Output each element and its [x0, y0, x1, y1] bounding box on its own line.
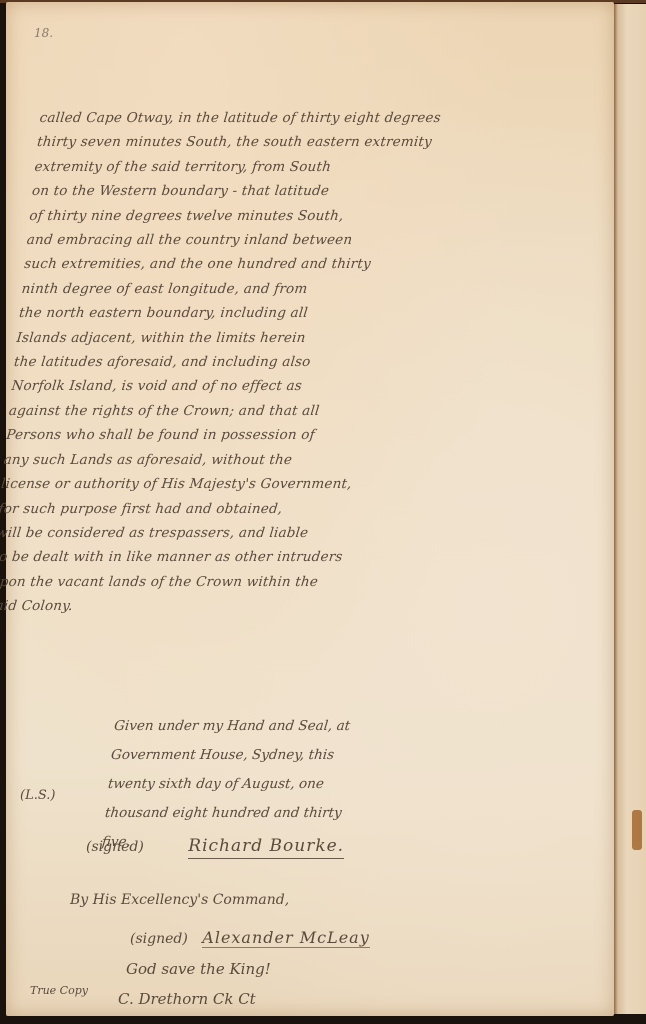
secretary-signature: Alexander McLeay — [202, 928, 369, 948]
text-line: any such Lands as aforesaid, without the — [2, 448, 475, 472]
page-number: 18. — [34, 26, 53, 40]
text-line: license or authority of His Majesty's Go… — [0, 472, 472, 496]
text-line: Islands adjacent, within the limits here… — [15, 326, 488, 350]
text-line: against the rights of the Crown; and tha… — [8, 399, 481, 423]
true-copy-note: True Copy — [30, 984, 88, 997]
governor-signature-row: (signed) Richard Bourke. — [86, 836, 344, 859]
countersign-label: (signed) — [130, 931, 188, 947]
text-line: on to the Western boundary - that latitu… — [31, 179, 504, 203]
text-line: extremity of the said territory, from So… — [33, 155, 506, 179]
god-save-the-king: God save the King! — [126, 960, 271, 978]
signed-label: (signed) — [86, 839, 144, 855]
text-line: of thirty nine degrees twelve minutes So… — [28, 204, 501, 228]
closing-line: twenty sixth day of August, one — [106, 770, 489, 799]
adjacent-page-edge — [614, 4, 646, 1014]
by-command-line: By His Excellency's Command, — [70, 892, 289, 908]
seal-mark: (L.S.) — [20, 788, 55, 803]
governor-signature: Richard Bourke. — [188, 836, 344, 859]
text-line: for such purpose first had and obtained, — [0, 497, 470, 521]
text-line: such extremities, and the one hundred an… — [23, 252, 496, 276]
closing-line: thousand eight hundred and thirty — [103, 799, 486, 828]
closing-line: Government House, Sydney, this — [110, 741, 493, 770]
text-line: ninth degree of east longitude, and from — [20, 277, 493, 301]
manuscript-body: called Cape Otway, in the latitude of th… — [0, 106, 511, 619]
text-line: thirty seven minutes South, the south ea… — [36, 130, 509, 154]
text-line: and embracing all the country inland bet… — [26, 228, 499, 252]
text-line: Persons who shall be found in possession… — [5, 423, 478, 447]
text-line: the north eastern boundary, including al… — [18, 301, 491, 325]
clerk-signature: C. Drethorn Ck Ct — [118, 990, 256, 1008]
text-line: said Colony. — [0, 594, 460, 618]
text-line: to be dealt with in like manner as other… — [0, 545, 465, 569]
text-line: will be considered as trespassers, and l… — [0, 521, 467, 545]
text-line: Norfolk Island, is void and of no effect… — [10, 374, 483, 398]
text-line: the latitudes aforesaid, and including a… — [13, 350, 486, 374]
text-line: upon the vacant lands of the Crown withi… — [0, 570, 462, 594]
countersign-row: (signed) Alexander McLeay — [130, 928, 370, 947]
page-stain — [632, 810, 642, 850]
text-line: called Cape Otway, in the latitude of th… — [38, 106, 511, 130]
closing-line: Given under my Hand and Seal, at — [113, 712, 496, 741]
